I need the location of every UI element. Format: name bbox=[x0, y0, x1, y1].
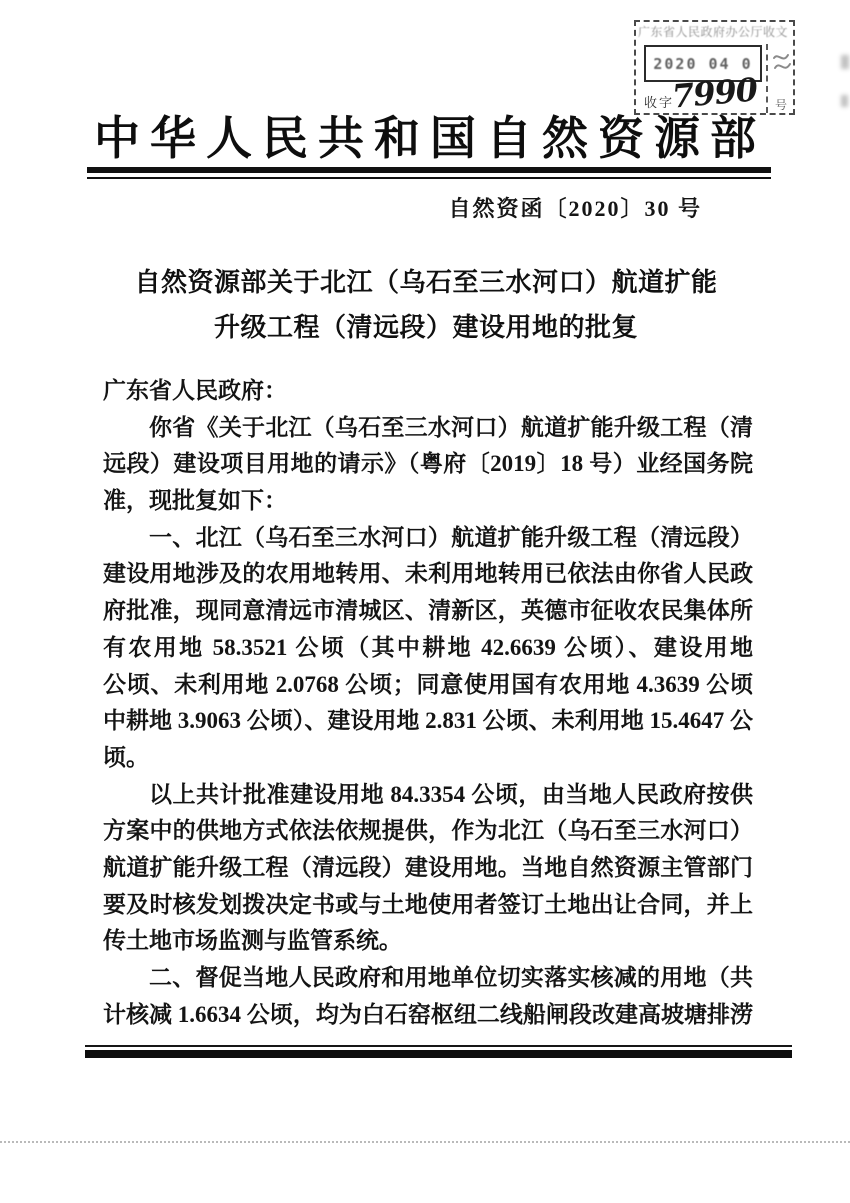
body-line: 有农用地 58.3521 公顷（其中耕地 42.6639 公顷）、建设用地 1.… bbox=[103, 630, 753, 667]
body-line: 航道扩能升级工程（清远段）建设用地。当地自然资源主管部门 bbox=[103, 850, 753, 887]
body-line: 一、北江（乌石至三水河口）航道扩能升级工程（清远段） bbox=[103, 520, 753, 557]
body-line: 传土地市场监测与监管系统。 bbox=[103, 923, 753, 960]
body-text: 广东省人民政府：你省《关于北江（乌石至三水河口）航道扩能升级工程（清远段）建设项… bbox=[103, 373, 753, 1033]
receipt-stamp-box: 广东省人民政府办公厅收文 2020 04 0 收字 7990 号 bbox=[634, 20, 795, 115]
handwritten-mark-squiggle bbox=[771, 50, 793, 76]
handwritten-receipt-number: 7990 bbox=[671, 70, 759, 115]
masthead-rule-thin bbox=[87, 177, 771, 179]
document-number: 自然资函〔2020〕30 号 bbox=[448, 192, 702, 223]
scan-artifact bbox=[841, 55, 849, 69]
body-line: 公顷、未利用地 2.0768 公顷；同意使用国有农用地 4.3639 公顷（其 bbox=[103, 667, 753, 704]
stamp-agency-line: 广东省人民政府办公厅收文 bbox=[638, 23, 791, 43]
body-line: 计核减 1.6634 公顷，均为白石窑枢纽二线船闸段改建高坡塘排涝 bbox=[103, 997, 753, 1034]
body-line: 远段）建设项目用地的请示》（粤府〔2019〕18 号）业经国务院批 bbox=[103, 446, 753, 483]
body-line: 广东省人民政府： bbox=[103, 373, 753, 410]
page-bottom-rule-thick bbox=[85, 1050, 792, 1058]
stamp-receipt-label: 收字 bbox=[644, 92, 674, 111]
document-title-line1: 自然资源部关于北江（乌石至三水河口）航道扩能 bbox=[100, 260, 752, 305]
body-line: 府批准，现同意清远市清城区、清新区，英德市征收农民集体所 bbox=[103, 593, 753, 630]
ministry-masthead-title: 中华人民共和国自然资源部 bbox=[0, 113, 850, 165]
scan-artifact bbox=[841, 95, 848, 107]
page-bottom-rule-thin bbox=[85, 1045, 792, 1047]
date-stamp: 2020 04 0 bbox=[653, 55, 752, 73]
body-line: 准，现批复如下： bbox=[103, 483, 753, 520]
body-line: 要及时核发划拨决定书或与土地使用者签订土地出让合同，并上 bbox=[103, 887, 753, 924]
body-line: 以上共计批准建设用地 84.3354 公顷，由当地人民政府按供地 bbox=[103, 777, 753, 814]
body-line: 你省《关于北江（乌石至三水河口）航道扩能升级工程（清 bbox=[103, 410, 753, 447]
body-line: 中耕地 3.9063 公顷）、建设用地 2.831 公顷、未利用地 15.464… bbox=[103, 703, 753, 740]
masthead-rule-thick bbox=[87, 167, 771, 173]
body-line: 建设用地涉及的农用地转用、未利用地转用已依法由你省人民政 bbox=[103, 556, 753, 593]
scanner-edge-dotted-line bbox=[0, 1141, 850, 1143]
document-title: 自然资源部关于北江（乌石至三水河口）航道扩能 升级工程（清远段）建设用地的批复 bbox=[100, 260, 752, 350]
stamp-divider bbox=[766, 44, 768, 113]
body-line: 方案中的供地方式依法依规提供，作为北江（乌石至三水河口） bbox=[103, 813, 753, 850]
stamp-number-suffix: 号 bbox=[775, 96, 787, 113]
scanned-document-page: 广东省人民政府办公厅收文 2020 04 0 收字 7990 号 中华人民共和国… bbox=[0, 0, 850, 1203]
body-line: 顷。 bbox=[103, 740, 753, 777]
document-title-line2: 升级工程（清远段）建设用地的批复 bbox=[100, 305, 752, 350]
body-line: 二、督促当地人民政府和用地单位切实落实核减的用地（共 bbox=[103, 960, 753, 997]
